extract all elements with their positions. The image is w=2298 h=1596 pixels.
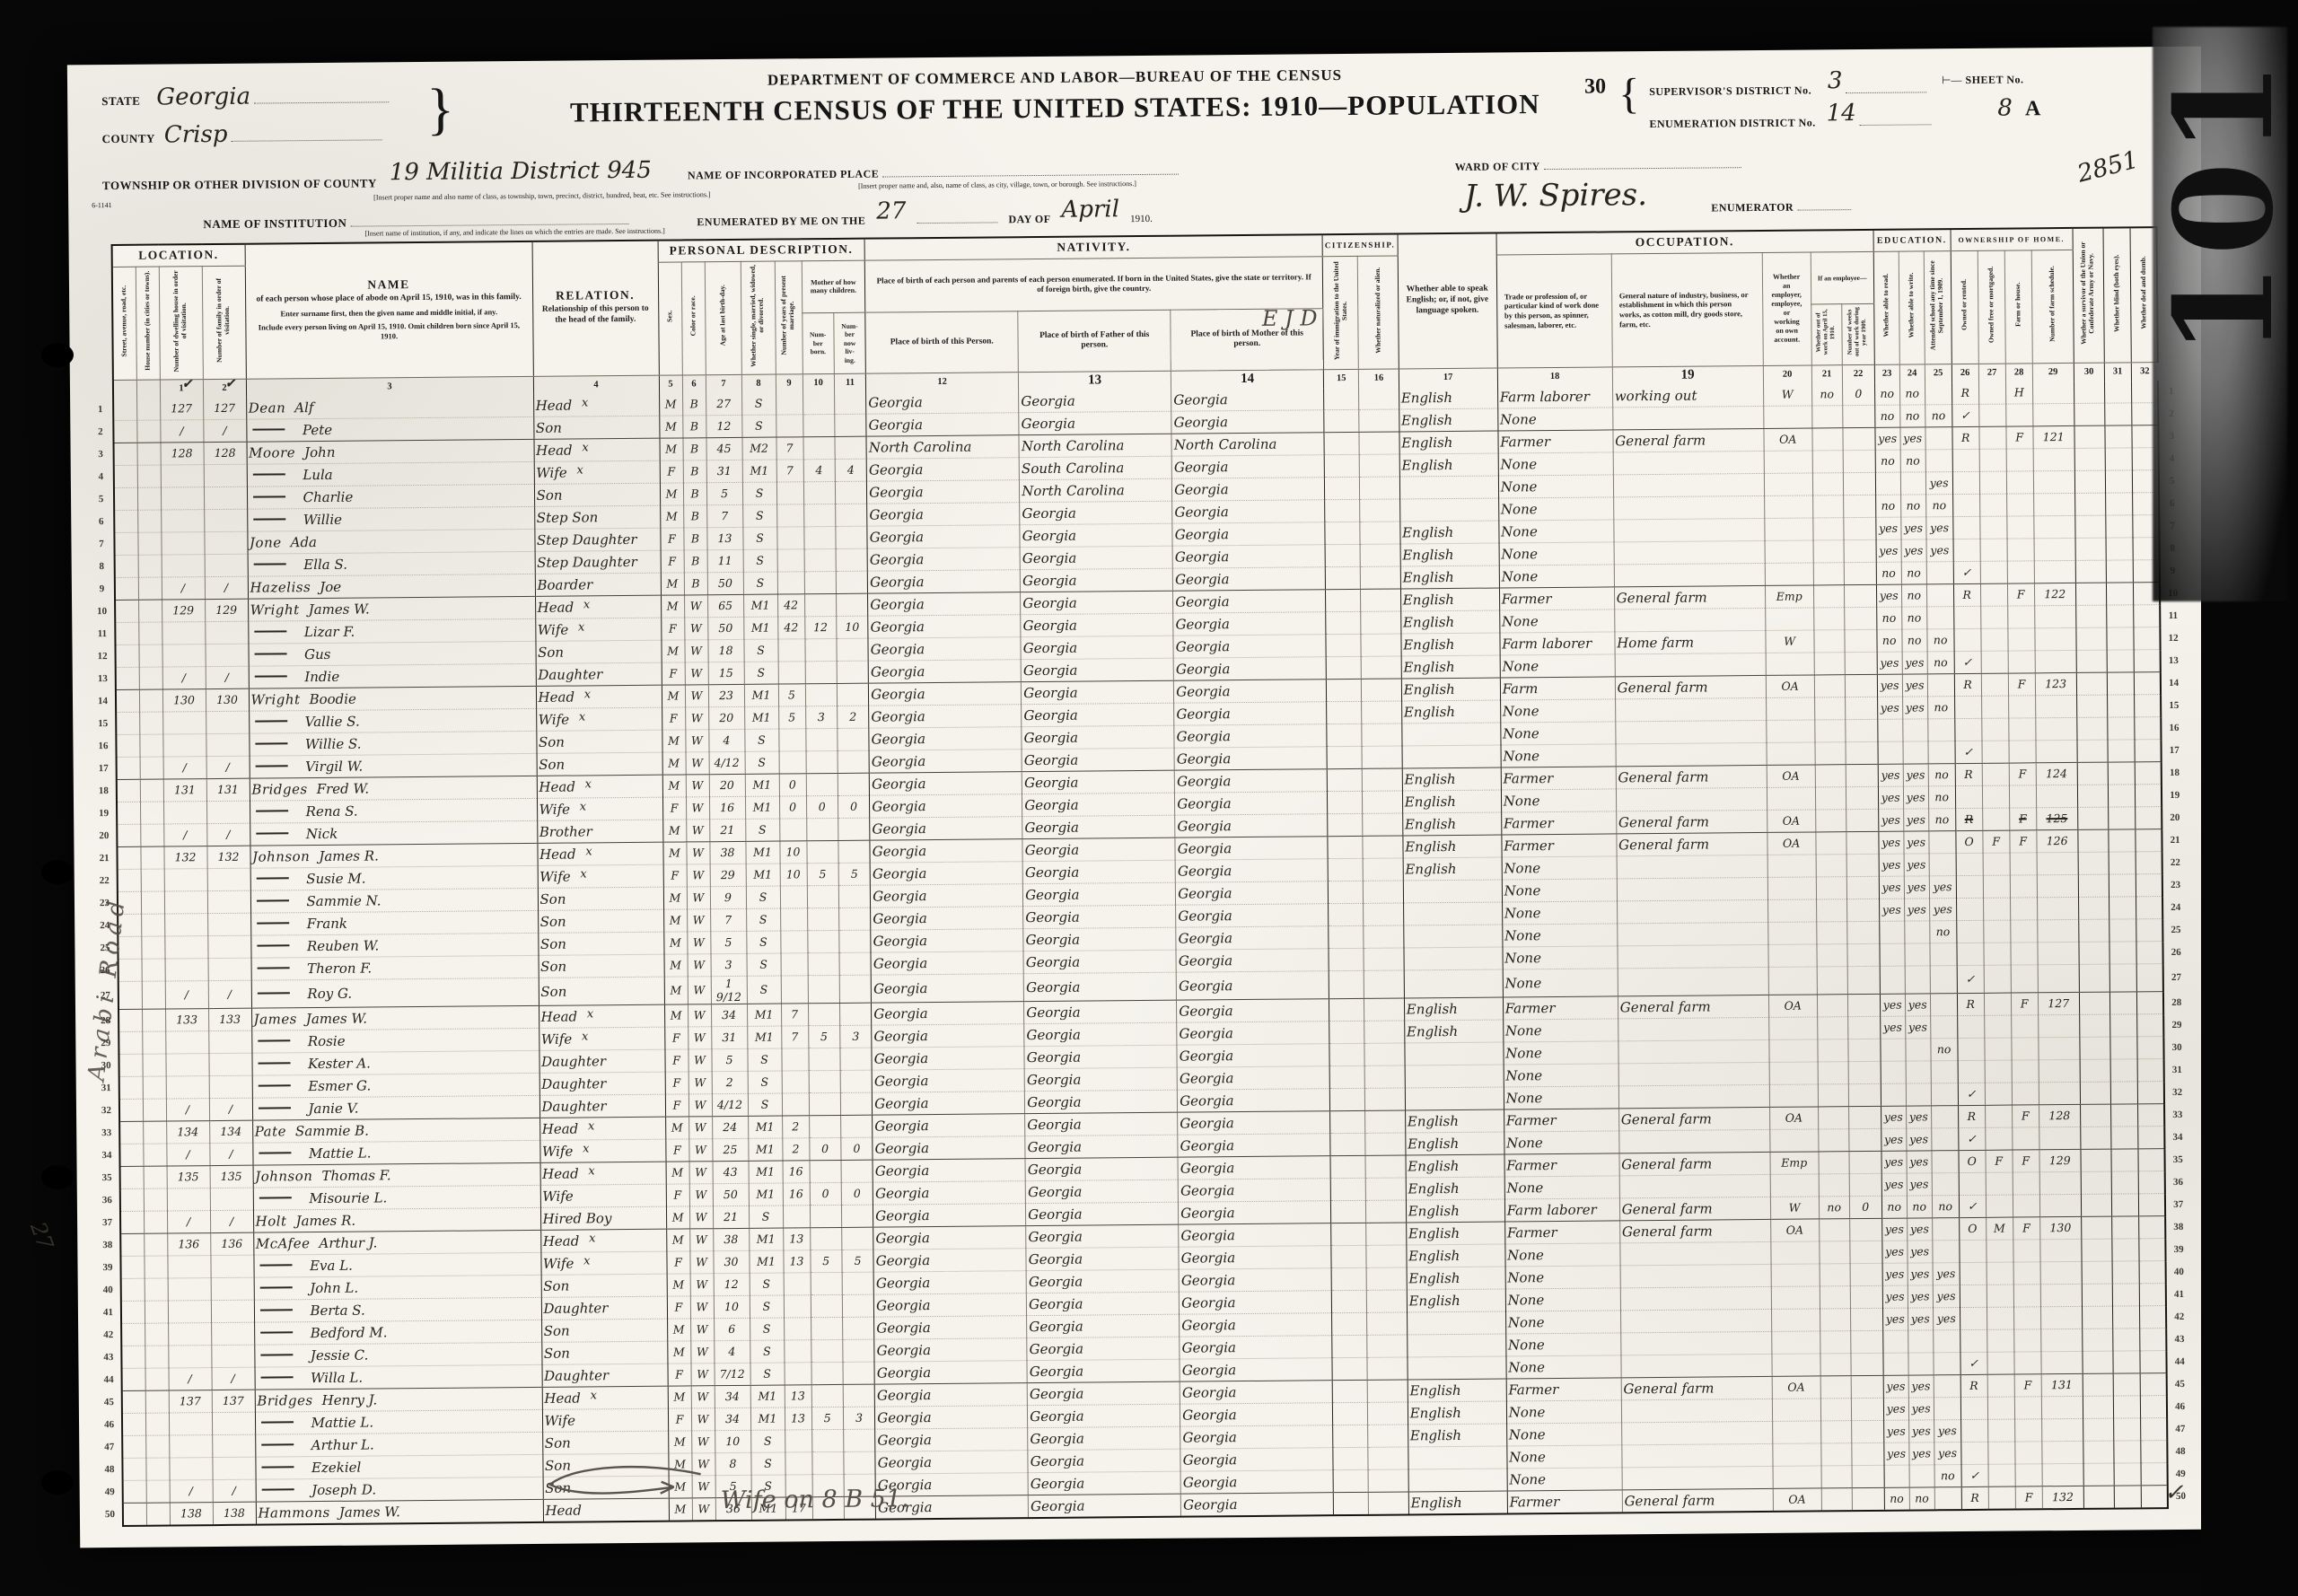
cell — [1846, 876, 1879, 899]
cell — [1812, 472, 1843, 495]
cell: M — [661, 639, 684, 662]
cell — [1622, 1466, 1773, 1489]
line-number: 42 — [2166, 1305, 2191, 1328]
bottom-note-text: Wife on 8 B 51. — [721, 1485, 909, 1514]
cell — [1360, 498, 1400, 521]
col-read: Whether able to read. — [1873, 251, 1899, 364]
cell: S — [747, 1048, 781, 1071]
cell: Georgia — [867, 479, 1020, 503]
cell: yes — [1879, 899, 1904, 921]
cell: Lizar F. — [248, 618, 535, 644]
col-dwelling: Number of dwelling house in order of vis… — [159, 266, 203, 379]
cell — [2140, 1350, 2167, 1372]
cell — [2034, 538, 2075, 560]
cell: yes — [1906, 1127, 1931, 1150]
cell: Georgia — [1172, 477, 1325, 500]
cell — [1613, 473, 1764, 496]
cell: Georgia — [1178, 1155, 1330, 1179]
cell — [1362, 745, 1402, 767]
col-house: House number (in cities or towns). — [136, 267, 160, 380]
cell: yes — [1908, 1285, 1933, 1307]
cell — [1847, 966, 1880, 994]
cell — [1771, 1285, 1820, 1308]
cell — [1987, 1329, 2013, 1352]
cell — [1851, 1353, 1883, 1375]
cell: Head x — [537, 775, 662, 798]
cell: OA — [1768, 994, 1817, 1016]
cell — [204, 531, 247, 554]
cell — [1932, 1240, 1959, 1262]
cell — [1767, 876, 1816, 899]
line-number: 45 — [97, 1390, 122, 1413]
cell — [1329, 925, 1364, 948]
cell — [835, 481, 867, 504]
group-occupation: OCCUPATION. — [1496, 230, 1873, 255]
cell: 15 — [708, 662, 744, 684]
ditto-dash — [258, 1062, 290, 1064]
cell: F — [660, 460, 683, 482]
cell: M — [663, 886, 687, 908]
cell — [1930, 943, 1957, 965]
cell — [1404, 947, 1503, 970]
cell — [1820, 1285, 1850, 1308]
cell — [208, 958, 251, 980]
cell: 4/12 — [709, 751, 745, 774]
column-number: 8 — [741, 374, 776, 393]
cell: 3 — [843, 1407, 875, 1429]
cell: HazelissJoe — [248, 574, 535, 599]
cell — [1621, 1399, 1772, 1422]
cell — [115, 645, 138, 667]
cell: 16 — [783, 1182, 810, 1205]
cell: yes — [1883, 1420, 1908, 1443]
cell — [2077, 785, 2108, 807]
cell — [1987, 1262, 2013, 1285]
line-number: 13 — [91, 667, 116, 689]
cell: F — [667, 1295, 690, 1318]
cell: 3 — [805, 706, 838, 728]
cell — [1988, 1486, 2015, 1510]
cell — [1367, 1379, 1408, 1401]
cell — [2013, 1171, 2039, 1194]
line-number: 6 — [89, 510, 114, 532]
cell — [2138, 1238, 2165, 1260]
cell — [1906, 1083, 1931, 1105]
cell: None — [1506, 1355, 1621, 1378]
cell — [145, 1345, 168, 1367]
trade-label: Trade or profession of, or particular ki… — [1499, 289, 1609, 332]
cell: 12 — [706, 415, 741, 437]
cell: S — [749, 1206, 783, 1228]
cell — [1362, 700, 1402, 723]
cell — [1399, 476, 1498, 499]
farm-schedule-label: Number of farm schedule. — [2048, 266, 2057, 342]
line-number: 20 — [92, 824, 117, 846]
cell: yes — [1925, 471, 1952, 494]
cell: yes — [1900, 426, 1925, 449]
cell — [840, 1092, 873, 1115]
cell: John L. — [254, 1275, 541, 1300]
cell — [2006, 493, 2033, 515]
cell — [783, 1205, 810, 1227]
cell: yes — [1883, 1398, 1908, 1420]
ditto-dash — [254, 675, 286, 677]
cell — [1618, 1062, 1769, 1085]
cell — [1848, 1039, 1881, 1061]
cell: / — [162, 666, 206, 688]
cell: yes — [1879, 831, 1904, 854]
cell — [1820, 1353, 1851, 1375]
cell: Georgia — [1028, 1426, 1180, 1450]
free-mortgaged-label: Owned free or mortgaged. — [1987, 267, 1995, 343]
cell — [1906, 1038, 1931, 1060]
census-film-frame: 101 6-1141 STATE Georgia COUNTY Crisp } … — [0, 0, 2298, 1596]
cell — [1880, 943, 1905, 966]
cell — [1884, 1465, 1909, 1487]
cell — [1908, 1352, 1934, 1374]
cell: W — [685, 706, 708, 729]
line-number: 46 — [2167, 1395, 2192, 1417]
cell — [1905, 965, 1930, 993]
cell — [1956, 875, 1983, 898]
cell: no — [1932, 1195, 1959, 1217]
cell — [1763, 405, 1811, 427]
cell: M1 — [747, 1004, 781, 1026]
enumerator-signature: J. W. Spires. — [1464, 177, 1647, 215]
column-number: 9 — [776, 373, 803, 392]
cell — [2136, 851, 2162, 873]
cell — [144, 1188, 167, 1211]
cell: R — [1952, 381, 1978, 404]
cell — [1324, 409, 1359, 432]
cell — [1816, 876, 1846, 899]
cell: Georgia — [1024, 1045, 1177, 1068]
institution-label: NAME OF INSTITUTION — [203, 216, 346, 231]
cell — [2105, 514, 2132, 537]
cell — [2006, 470, 2033, 493]
cell — [113, 420, 136, 443]
cell: B — [684, 549, 707, 572]
cell: Son — [539, 954, 664, 978]
cell: / — [163, 756, 206, 778]
line-number: 41 — [96, 1301, 121, 1323]
cell: 0 — [838, 795, 870, 818]
cell: General farm — [1619, 1152, 1770, 1175]
cell: M — [663, 908, 687, 931]
cell: Indie — [249, 663, 536, 688]
cell: 43 — [713, 1161, 749, 1183]
cell: M1 — [749, 1183, 783, 1206]
cell: M — [665, 1116, 689, 1138]
cell — [1958, 1038, 1985, 1060]
cell: Georgia — [1179, 1245, 1331, 1268]
cell: yes — [1933, 1307, 1960, 1329]
cell: Georgia — [1180, 1425, 1333, 1448]
ditto-dash — [256, 832, 288, 834]
cell: F — [2015, 1486, 2042, 1509]
cell: Georgia — [1022, 748, 1174, 771]
cell — [1619, 1174, 1770, 1197]
cell — [841, 1160, 873, 1182]
cell — [2107, 649, 2134, 671]
cell: 138 — [213, 1502, 256, 1525]
cell: M — [667, 1273, 690, 1295]
cell — [117, 824, 140, 846]
cell: B — [684, 572, 707, 594]
cell — [1365, 1132, 1406, 1154]
cell — [1329, 1065, 1364, 1088]
line-number: 3 — [89, 443, 114, 465]
cell — [1926, 606, 1953, 628]
cell: M1 — [744, 684, 778, 706]
cell: / — [206, 756, 250, 778]
cell: Wife — [542, 1408, 668, 1432]
incorporated-hint: [Insert proper name and, also, name of c… — [858, 180, 1136, 190]
cell: Georgia — [1022, 860, 1175, 883]
line-number: 7 — [89, 532, 114, 555]
cell — [1878, 741, 1903, 764]
line-number: 44 — [2167, 1350, 2192, 1372]
nativity-desc-cell: Place of birth of each person and parent… — [864, 256, 1322, 312]
cell — [2012, 1127, 2039, 1149]
cell — [1957, 1015, 1984, 1038]
supervisor-field: SUPERVISOR'S DISTRICT No. 3 — [1649, 72, 1927, 101]
cell — [1925, 449, 1952, 471]
cell: S — [746, 931, 780, 953]
cell — [1984, 965, 2011, 993]
cell: M1 — [745, 841, 779, 864]
column-number: 25 — [1925, 364, 1952, 382]
cell: 122 — [2034, 583, 2075, 605]
arrow-icon — [539, 1460, 709, 1510]
cell: None — [1498, 519, 1613, 542]
cell: ✓ — [1953, 561, 1980, 583]
col-write: Whether able to write. — [1899, 250, 1925, 364]
cell — [2012, 1059, 2039, 1082]
cell: 24 — [712, 1116, 748, 1138]
cell — [807, 930, 839, 952]
ditto-dash — [257, 992, 289, 994]
cell — [2136, 941, 2163, 963]
cell — [1324, 387, 1359, 409]
cell: North Carolina — [1019, 434, 1171, 457]
cell — [1368, 1469, 1408, 1491]
cell: yes — [1881, 1128, 1906, 1151]
cell: W — [689, 1071, 712, 1093]
cell: 6 — [714, 1318, 750, 1340]
township-value: 19 Militia District 945 — [390, 157, 652, 187]
cell: Georgia — [1174, 768, 1327, 792]
cell: Georgia — [867, 502, 1020, 525]
line-number: 16 — [2161, 716, 2186, 739]
cell — [161, 487, 204, 509]
cell: Farmer — [1506, 1377, 1621, 1400]
cell — [2136, 896, 2162, 918]
cell — [2135, 806, 2162, 829]
cell: S — [747, 976, 781, 1004]
cell — [811, 1272, 843, 1294]
cell: None — [1505, 1242, 1620, 1266]
cell — [1981, 696, 2008, 718]
cell — [120, 1211, 144, 1233]
cell: 129 — [2039, 1149, 2081, 1171]
cell — [1960, 1442, 1987, 1464]
cell — [144, 1211, 167, 1233]
punch-hole — [41, 1470, 74, 1495]
cell — [2074, 515, 2105, 538]
cell: 20 — [709, 774, 745, 796]
cell — [843, 1339, 875, 1362]
cell — [2041, 1396, 2083, 1418]
cell — [811, 1384, 844, 1407]
ditto-dash — [259, 1197, 291, 1198]
cell — [1764, 472, 1812, 495]
cell: Head x — [537, 842, 662, 865]
cell: Theron F. — [251, 955, 539, 980]
cell — [2013, 1329, 2040, 1351]
cell: yes — [1905, 993, 1930, 1015]
enum-district-value: 14 — [1827, 100, 1856, 127]
cell — [1326, 589, 1361, 611]
cell: Daughter — [541, 1296, 667, 1320]
cell: Georgia — [1027, 1359, 1180, 1382]
cell: yes — [1934, 1442, 1960, 1464]
cell: English — [1399, 431, 1498, 454]
department-line: DEPARTMENT OF COMMERCE AND LABOR—BUREAU … — [606, 65, 1504, 91]
cell — [204, 509, 247, 531]
cell: F — [2010, 829, 2037, 852]
cell — [168, 1300, 211, 1322]
cell: 128 — [204, 442, 247, 464]
cell: Georgia — [1180, 1312, 1332, 1336]
cell: MooreJohn — [247, 439, 534, 464]
cell — [836, 593, 868, 616]
cell: General farm — [1616, 810, 1767, 833]
cell: no — [1928, 808, 1955, 830]
cell: yes — [1900, 516, 1925, 539]
column-number: 7 — [706, 374, 741, 393]
cell — [2041, 1441, 2083, 1463]
cell: M1 — [749, 1228, 783, 1250]
cell — [835, 504, 867, 526]
cell: Farmer — [1501, 766, 1616, 789]
cell — [2012, 1082, 2039, 1104]
cell — [1772, 1353, 1820, 1375]
line-number: 9 — [90, 577, 115, 600]
cell — [1366, 1199, 1407, 1222]
cell — [114, 465, 137, 487]
cell: S — [748, 1093, 782, 1116]
line-number: 5 — [89, 487, 114, 510]
cell — [811, 1294, 843, 1317]
cell: English — [1404, 1020, 1503, 1043]
cell — [2075, 583, 2106, 605]
cell — [1329, 970, 1364, 998]
cell — [139, 712, 162, 734]
cell — [2042, 1463, 2083, 1486]
cell — [121, 1346, 145, 1368]
col-industry: General nature of industry, business, or… — [1611, 252, 1763, 366]
cell — [1902, 718, 1927, 741]
cell: None — [1503, 945, 1618, 969]
cell — [1366, 1177, 1407, 1199]
cell — [138, 555, 162, 577]
cell — [2078, 852, 2109, 874]
cell: M1 — [742, 460, 776, 482]
cell: English — [1406, 1198, 1504, 1222]
cell: Farmer — [1501, 811, 1616, 834]
cell: F — [2009, 807, 2036, 829]
cell: yes — [1933, 1285, 1960, 1307]
cell — [803, 504, 836, 526]
cell — [2111, 1215, 2138, 1238]
cell: Hired Boy — [540, 1206, 666, 1230]
cell — [2077, 740, 2108, 762]
cell — [2041, 1351, 2083, 1373]
cell: English — [1401, 678, 1500, 701]
sheet-ruler-icon: ⊢— — [1942, 74, 1962, 86]
cell: M — [666, 1206, 689, 1228]
cell — [1405, 1065, 1504, 1088]
cell — [1329, 998, 1364, 1021]
cell — [2105, 492, 2132, 514]
cell — [1767, 854, 1816, 876]
cell — [2032, 403, 2074, 425]
cell — [1985, 1127, 2012, 1150]
cell — [803, 526, 836, 548]
cell — [1930, 965, 1957, 993]
cell — [1846, 921, 1879, 943]
cell: None — [1497, 407, 1612, 430]
ditto-dash — [254, 653, 286, 654]
cell: Georgia — [1180, 1447, 1333, 1470]
cell: Emp — [1765, 584, 1813, 607]
cell — [121, 1323, 145, 1346]
cell: None — [1506, 1422, 1621, 1445]
cell: S — [747, 953, 781, 976]
cell: ✓ — [1957, 965, 1984, 993]
cell: yes — [1908, 1419, 1934, 1442]
cell — [1620, 1241, 1771, 1265]
cell — [1364, 925, 1404, 947]
cell: Arthur L. — [255, 1432, 542, 1457]
col-naturalized: Whether naturalized or alien. — [1358, 255, 1399, 368]
cell: S — [746, 908, 780, 931]
cell — [2136, 963, 2163, 991]
cell — [1359, 453, 1399, 476]
cell — [1364, 1042, 1405, 1065]
cell: Rosie — [251, 1028, 539, 1053]
cell — [2109, 991, 2136, 1013]
cell — [1614, 608, 1765, 631]
cell: yes — [1907, 1150, 1932, 1172]
col-age: Age at last birth-day. — [705, 261, 741, 374]
cell: WrightBoodie — [249, 686, 536, 711]
cell — [2032, 381, 2074, 403]
cell — [143, 1144, 166, 1166]
line-number: 48 — [97, 1458, 122, 1480]
cell — [1984, 993, 2011, 1015]
cell: M — [660, 504, 683, 527]
cell: English — [1408, 1378, 1506, 1401]
cell: W — [689, 1250, 713, 1273]
cell — [2080, 1059, 2110, 1082]
cell — [1960, 1397, 1987, 1419]
cell: Georgia — [1026, 1202, 1179, 1225]
cell: Georgia — [1176, 948, 1329, 971]
cell: 131 — [206, 778, 250, 801]
cell: Georgia — [1022, 703, 1174, 726]
